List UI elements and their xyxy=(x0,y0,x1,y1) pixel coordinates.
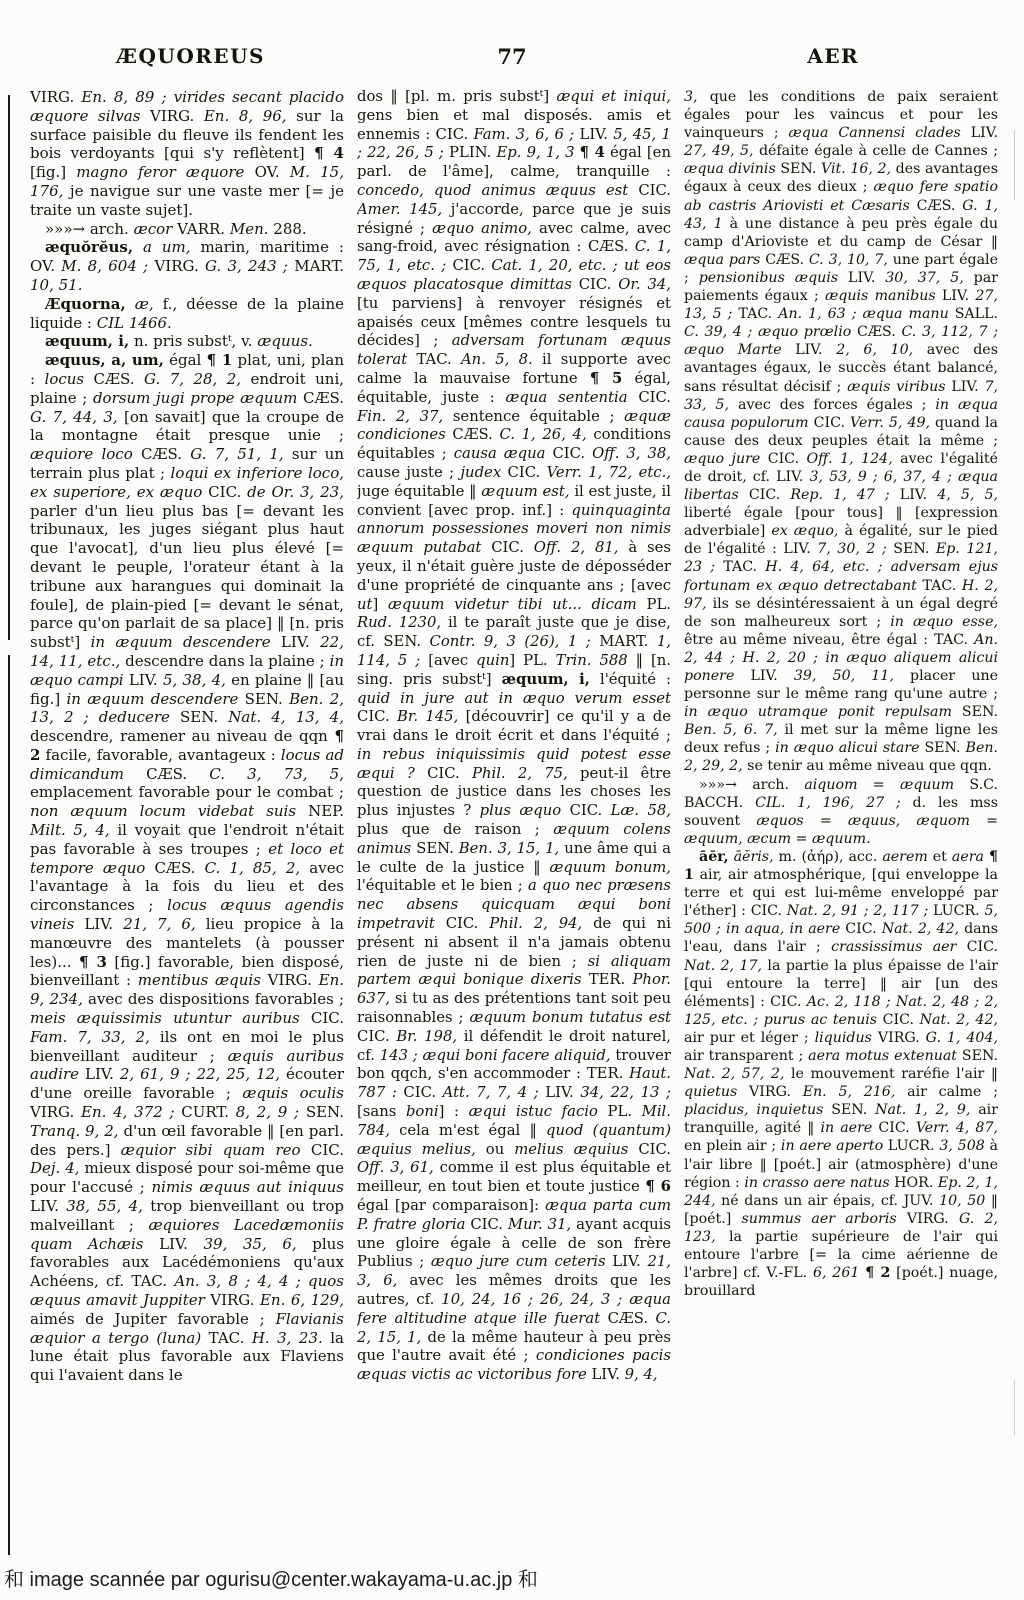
entry-aequus: æquus, a, um, égal ¶ 1 plat, uni, plan :… xyxy=(30,351,344,1385)
scan-artifact-right-mark xyxy=(1014,1380,1015,1435)
arch-note-aecor: »»»→ arch. æcor VARR. Men. 288. xyxy=(30,220,344,239)
entry-aequoreus: æquŏrĕus, a um, marin, maritime : OV. M.… xyxy=(30,238,344,294)
header-keyword-right: AER xyxy=(673,44,994,69)
text-columns: VIRG. En. 8, 89 ; virides secant placido… xyxy=(30,88,998,1550)
column-1: VIRG. En. 8, 89 ; virides secant placido… xyxy=(30,88,344,1550)
scan-artifact-left-line xyxy=(8,95,10,640)
entry-aequum-crossref: æquum, i, n. pris substᵗ, v. æquus. xyxy=(30,332,344,351)
column-3: 3, que les conditions de paix seraient é… xyxy=(684,88,998,1550)
entry-aequorna: Æquorna, æ, f., déesse de la plaine liqu… xyxy=(30,295,344,333)
header-keyword-left: ÆQUOREUS xyxy=(30,44,351,69)
scan-artifact-right-mark xyxy=(1014,130,1015,200)
page-number: 77 xyxy=(351,44,672,69)
entry-aequor-continuation: VIRG. En. 8, 89 ; virides secant placido… xyxy=(30,88,344,220)
running-header: ÆQUOREUS 77 AER xyxy=(30,44,994,69)
scanned-dictionary-page: ÆQUOREUS 77 AER VIRG. En. 8, 89 ; viride… xyxy=(0,0,1024,1600)
column-2: dos ‖ [pl. m. pris substᵗ] æqui et iniqu… xyxy=(357,88,671,1550)
arch-note-aiquom: »»»→ arch. aiquom = æquum S.C. BACCH. CI… xyxy=(684,776,998,848)
entry-aequus-continuation: dos ‖ [pl. m. pris substᵗ] æqui et iniqu… xyxy=(357,88,671,1385)
entry-aequus-continuation: 3, que les conditions de paix seraient é… xyxy=(684,88,998,776)
entry-aer: āēr, āĕris, m. (ἀήρ), acc. aerem et aera… xyxy=(684,848,998,1300)
scan-artifact-left-line xyxy=(8,655,10,1555)
scan-credit: 和 image scannée par ogurisu@center.wakay… xyxy=(4,1563,538,1592)
